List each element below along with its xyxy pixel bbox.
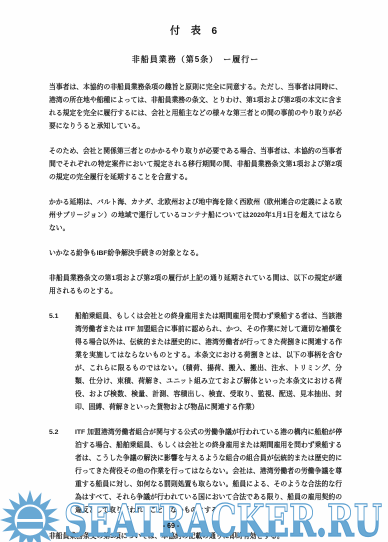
section-text: 船舶乗組員、もしくは会社との終身雇用または期間雇用を問わず乗船する者は、当該港湾… xyxy=(75,310,342,414)
paragraph-deferral-agreement: そのため、会社と関係第三者とのかかるやり取りが必要である場合、当事者は、本協約の… xyxy=(49,145,342,184)
section-5-1: 5.1 船舶乗組員、もしくは会社との終身雇用または期間雇用を問わず乗船する者は、… xyxy=(49,310,342,414)
section-number: 5.1 xyxy=(49,310,75,414)
paragraph-ibf-dispute: いかなる紛争もIBF紛争解決手続きの対象となる。 xyxy=(49,247,342,260)
paragraph-intro: 当事者は、本協約の非船員業務条項の趣旨と原則に完全に同意する。ただし、当事者は同… xyxy=(49,81,342,133)
paragraph-deferral-deadline: かかる延期は、バルト海、カナダ、北欧州および地中海を除く西欧州（欧州連合の定義に… xyxy=(49,196,342,235)
paragraph-provisions-apply: 非船員業務条文の第1項および第2項の履行が上記の通り延期されている間は、以下の規… xyxy=(49,272,342,298)
page-number: - 69 - xyxy=(0,523,342,530)
section-number: 5.2 xyxy=(49,426,75,517)
document-page: 付 表 6 非船員業務（第5条） ー履行ー 当事者は、本協約の非船員業務条項の趣… xyxy=(0,0,388,542)
page-title: 付 表 6 xyxy=(49,22,342,37)
paragraph-closing: 非船員業務条文の第3項については、本協約の記載の通りに即時有効とする。 xyxy=(49,530,342,542)
section-5-2: 5.2 ITF 加盟港湾労働者組合が関与する公式の労働争議が行われている港の構内… xyxy=(49,426,342,517)
section-text: ITF 加盟港湾労働者組合が関与する公式の労働争議が行われている港の構内に船舶が… xyxy=(75,426,342,517)
page-subtitle: 非船員業務（第5条） ー履行ー xyxy=(49,54,342,65)
